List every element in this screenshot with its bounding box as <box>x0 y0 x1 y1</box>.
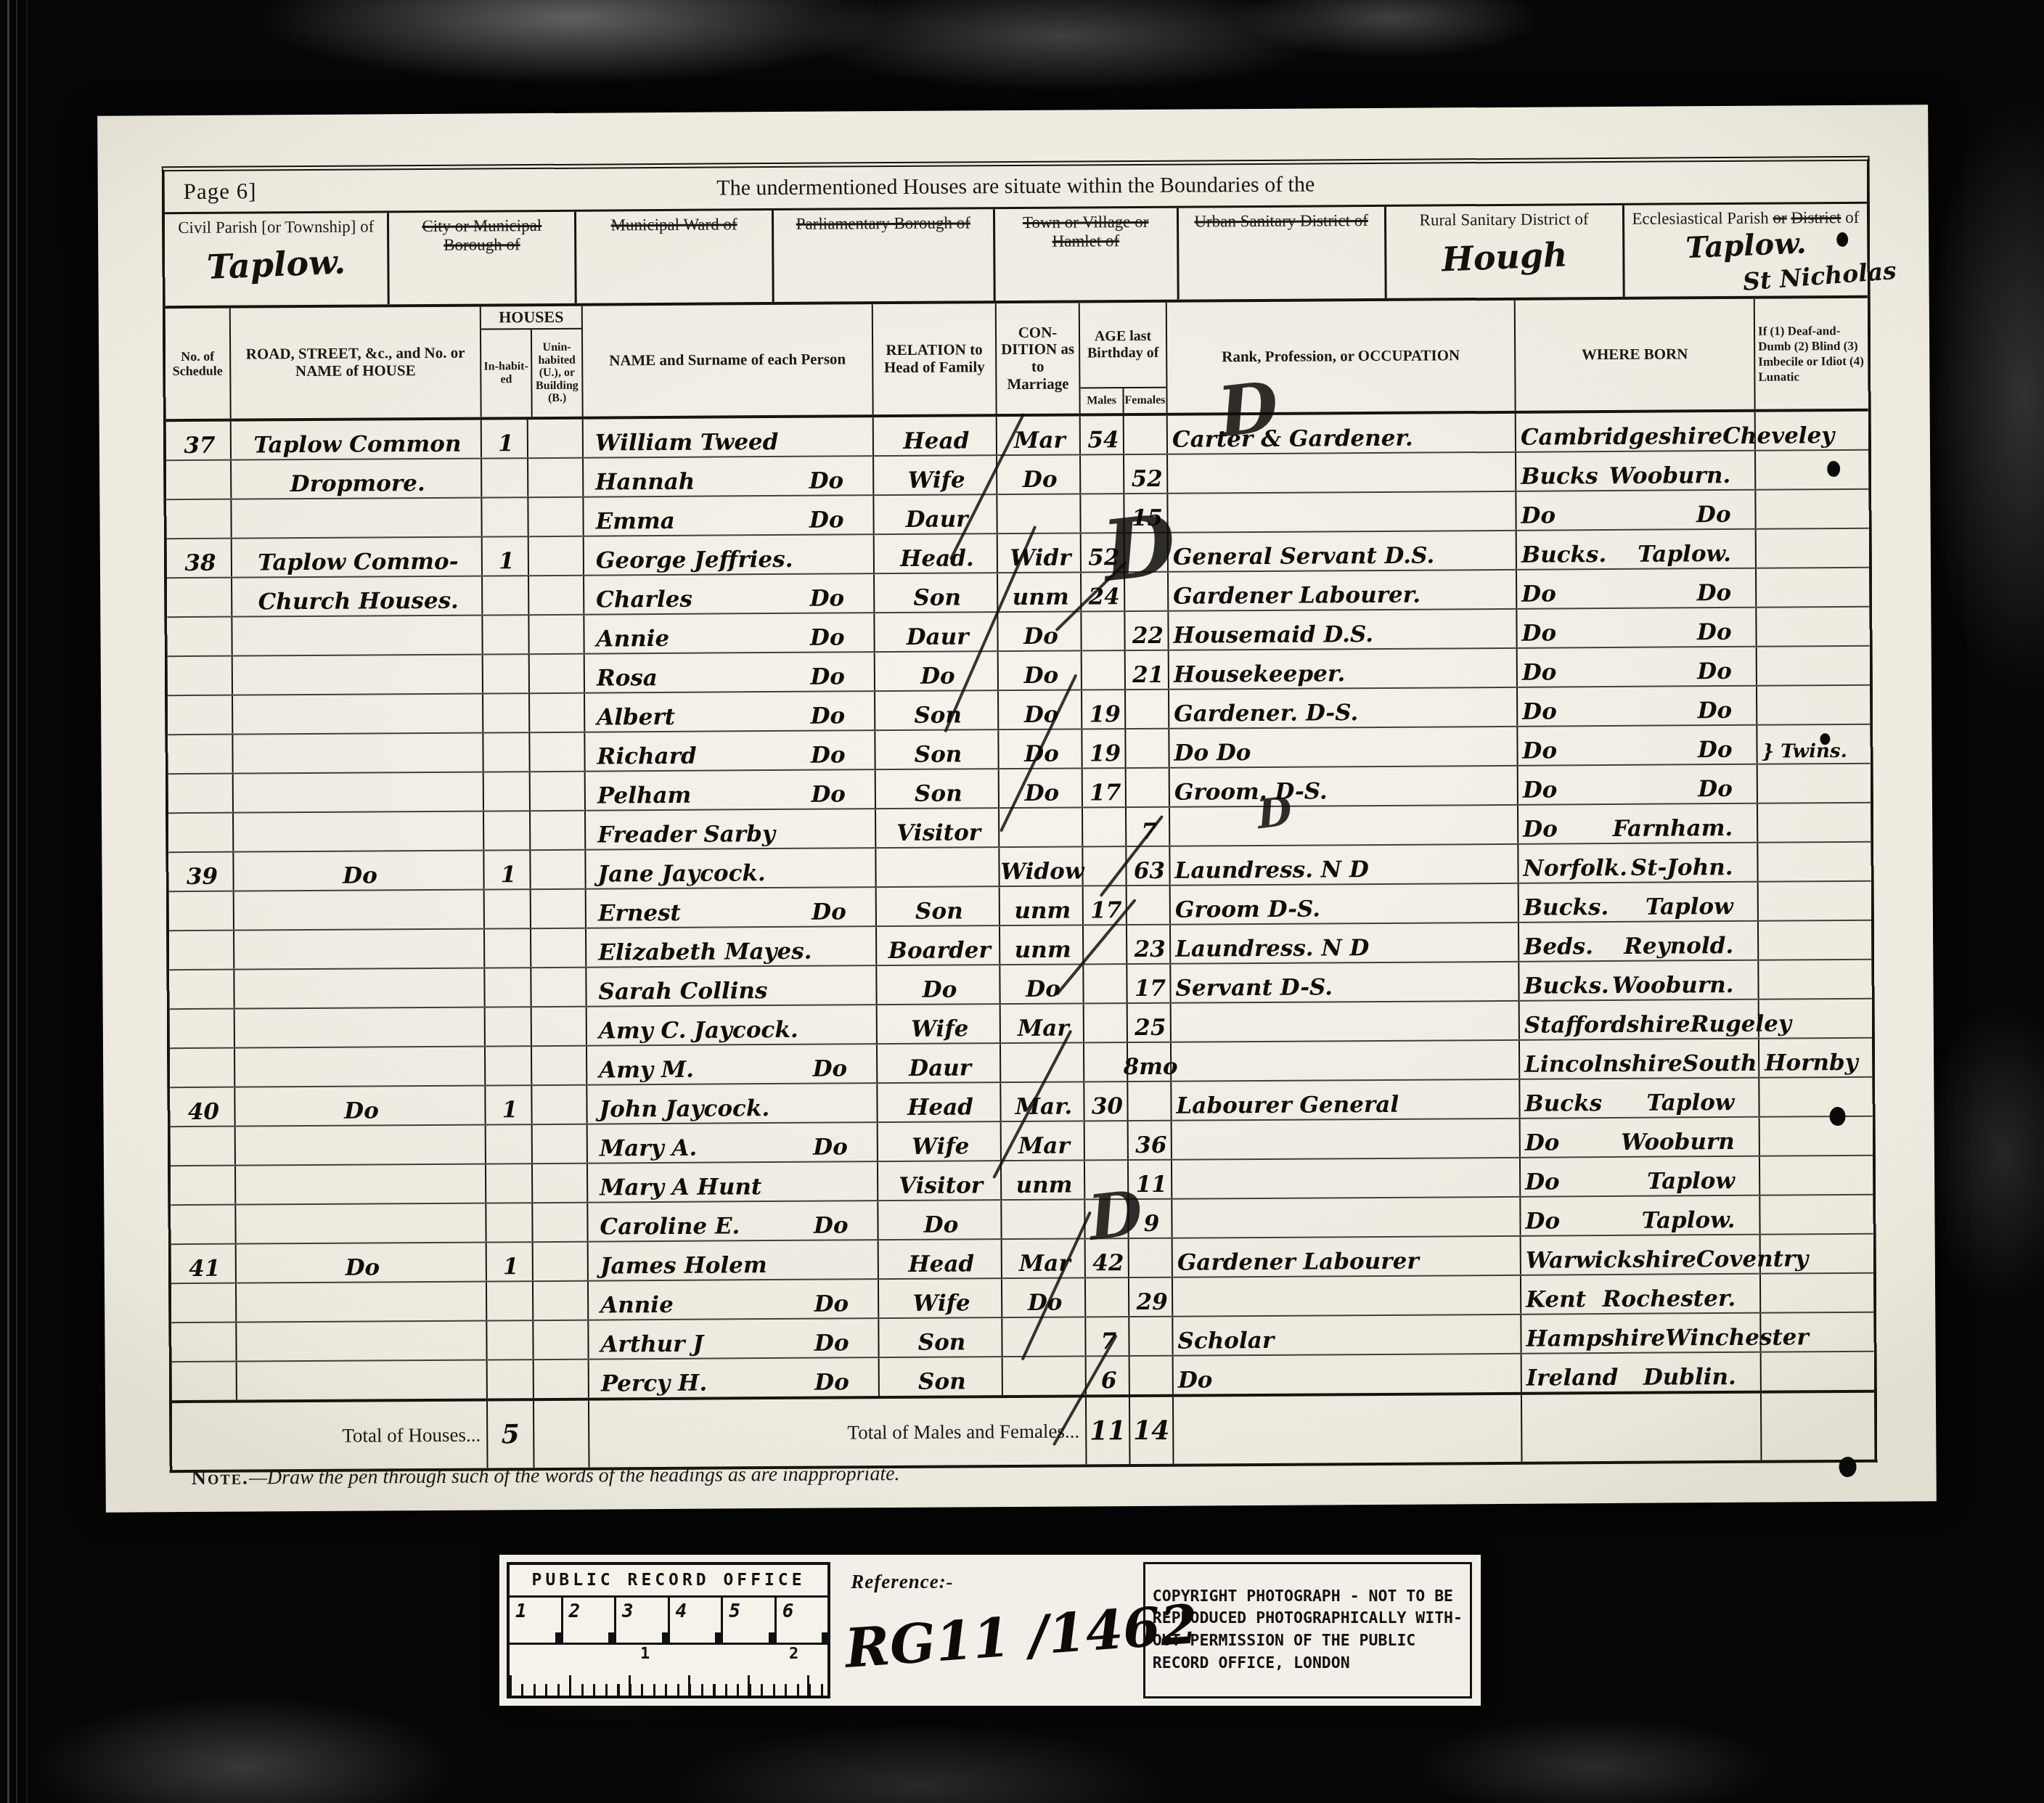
cell-infirmity <box>1759 882 1871 920</box>
cell-relation: Son <box>875 573 998 612</box>
cell-relation: Head. <box>875 534 998 573</box>
cell-age-female <box>1125 533 1169 571</box>
cell-age-female: 15 <box>1124 494 1168 532</box>
cell-road <box>234 968 485 1007</box>
cell-condition <box>999 808 1083 846</box>
cell-schedule <box>170 1049 235 1087</box>
ruler-cm-cell: 2 <box>563 1598 617 1643</box>
cell-uninhabited <box>534 1360 589 1398</box>
cell-uninhabited <box>531 890 586 928</box>
col-houses: HOUSES <box>481 306 581 330</box>
total-mf-label-cell: Total of Males and Females... <box>589 1397 1087 1467</box>
cell-relation: Son <box>876 769 999 808</box>
cell-inhabited <box>486 1125 533 1163</box>
cell-condition: Mar <box>997 416 1081 454</box>
cell-infirmity <box>1759 921 1871 960</box>
cell-condition: unm <box>1002 1161 1085 1199</box>
cell-road <box>234 890 485 929</box>
cell-schedule <box>166 461 232 499</box>
col-name: NAME and Surname of each Person <box>583 304 874 416</box>
ruler-cm-scale: 123456 <box>510 1598 827 1645</box>
cell-road: Do <box>237 1243 487 1282</box>
cell-where-born: CambridgeshireCheveley <box>1516 412 1756 451</box>
cell-uninhabited <box>532 1007 587 1045</box>
punch-hole <box>1836 232 1848 247</box>
cell-occupation: General Servant D.S. <box>1169 531 1517 571</box>
col-schedule: No. of Schedule <box>165 308 232 420</box>
civil-parish-value: Taplow. <box>164 241 388 288</box>
cell-relation: Daur <box>878 1044 1001 1082</box>
cell-relation: Son <box>879 1318 1002 1357</box>
col-occupation: Rank, Profession, or OCCUPATION <box>1167 300 1516 413</box>
cell-name: Jane Jaycock. <box>586 849 876 888</box>
cell-relation: Son <box>875 691 999 729</box>
totals-empty-cell <box>1762 1393 1875 1460</box>
cell-infirmity <box>1758 843 1871 881</box>
cell-age-female <box>1129 1317 1173 1355</box>
cell-age-male <box>1084 925 1127 963</box>
cell-relation: Head <box>879 1240 1002 1278</box>
district-municipal-borough: City or Municipal Borough of <box>389 212 577 305</box>
cell-schedule: 38 <box>167 539 232 578</box>
cell-age-female: 29 <box>1129 1278 1173 1316</box>
cell-schedule <box>171 1206 236 1244</box>
cell-age-male <box>1082 612 1125 650</box>
cell-schedule <box>171 1284 237 1322</box>
cell-schedule <box>169 970 234 1009</box>
cell-uninhabited <box>532 1086 587 1124</box>
cell-infirmity: } Twins. <box>1757 725 1870 764</box>
cell-where-born: Bucks.Wooburn. <box>1519 961 1759 1000</box>
cell-infirmity <box>1757 647 1870 685</box>
cell-infirmity <box>1757 686 1870 724</box>
cell-inhabited: 1 <box>482 420 528 457</box>
cell-condition: Widr <box>998 533 1082 572</box>
cell-age-male <box>1084 1004 1128 1042</box>
cell-age-female: 17 <box>1127 965 1171 1002</box>
cell-age-female <box>1126 729 1169 767</box>
cell-inhabited <box>486 1047 532 1084</box>
total-houses-value-cell: 5 <box>488 1401 535 1468</box>
cell-schedule <box>168 735 233 774</box>
cell-where-born: Bucks.Taplow <box>1519 883 1759 922</box>
cell-uninhabited <box>534 1321 589 1359</box>
inch-label-1: 1 <box>640 1645 650 1663</box>
col-where-born: WHERE BORN <box>1516 299 1756 411</box>
cell-name: RosaDo <box>585 653 875 692</box>
cell-uninhabited <box>533 1203 588 1241</box>
form-note: Note.—Draw the pen through such of the w… <box>192 1463 900 1490</box>
cell-age-female <box>1126 690 1169 728</box>
district-parliamentary-borough: Parliamentary Borough of <box>774 209 995 302</box>
pro-office-name: PUBLIC RECORD OFFICE <box>510 1565 827 1598</box>
cell-uninhabited <box>531 929 586 967</box>
cell-relation: Do <box>878 1201 1002 1239</box>
cell-relation: Wife <box>878 1122 1002 1161</box>
cell-road <box>237 1282 487 1321</box>
total-females-cell: 14 <box>1130 1397 1174 1464</box>
cell-inhabited <box>483 655 530 692</box>
cell-inhabited <box>487 1282 534 1320</box>
cell-age-female <box>1125 573 1169 610</box>
col-infirmity: If (1) Deaf-and-Dumb (2) Blind (3) Imbec… <box>1755 298 1868 409</box>
public-record-office-stamp: PUBLIC RECORD OFFICE 123456 1 2 Referenc… <box>499 1555 1481 1706</box>
cell-age-female <box>1128 1082 1172 1120</box>
cell-road <box>234 772 484 811</box>
cell-relation: Wife <box>879 1279 1002 1317</box>
cell-schedule <box>167 618 232 656</box>
punch-hole <box>1839 1457 1856 1477</box>
cell-infirmity <box>1758 804 1871 842</box>
cell-road: Do <box>235 1086 486 1125</box>
cell-occupation: Laundress. N D <box>1171 923 1519 963</box>
cell-occupation <box>1170 806 1518 846</box>
cell-inhabited <box>482 459 528 496</box>
col-uninhabited: Unin-habited (U.), or Building (B.) <box>532 330 582 417</box>
cell-age-male: 17 <box>1083 769 1127 806</box>
table-header-row: No. of Schedule ROAD, STREET, &c., and N… <box>165 298 1868 422</box>
cell-age-male: 54 <box>1081 416 1124 454</box>
cell-infirmity <box>1757 608 1869 646</box>
cell-condition <box>1003 1357 1087 1395</box>
cell-age-male: 42 <box>1086 1239 1129 1277</box>
district-urban-sanitary: Urban Sanitary District of <box>1179 207 1387 300</box>
cell-schedule <box>171 1127 236 1166</box>
cell-occupation: Scholar <box>1173 1315 1521 1355</box>
ruler-cm-cell: 4 <box>670 1598 724 1643</box>
cell-occupation: Laundress. N D <box>1170 845 1518 885</box>
cell-road <box>236 1203 486 1243</box>
cell-relation: Head <box>874 417 997 455</box>
cell-where-born: DoDo <box>1518 647 1757 687</box>
cell-occupation <box>1172 1158 1521 1198</box>
cell-where-born: DoDo <box>1518 687 1757 726</box>
col-condition: CON-DITION as to Marriage <box>997 303 1081 414</box>
cell-schedule <box>168 696 233 735</box>
cell-occupation: Servant D-S. <box>1171 962 1519 1002</box>
cell-inhabited <box>485 929 531 967</box>
cell-occupation <box>1172 1041 1520 1081</box>
cell-relation <box>876 848 999 886</box>
cell-name: George Jeffries. <box>584 535 875 574</box>
cell-occupation: Carter & Gardener. <box>1168 414 1516 454</box>
cell-occupation: Gardener Labourer. <box>1169 571 1517 610</box>
cell-road: Dropmore. <box>232 459 482 498</box>
cell-age-male: 19 <box>1082 729 1126 767</box>
cell-age-female <box>1127 769 1170 806</box>
pro-ruler: PUBLIC RECORD OFFICE 123456 1 2 <box>507 1562 830 1698</box>
cell-uninhabited <box>531 772 586 810</box>
cell-age-male: 52 <box>1082 533 1125 571</box>
cell-infirmity <box>1760 1156 1873 1195</box>
cell-where-born: Norfolk.St-John. <box>1518 843 1758 883</box>
cell-where-born: DoDo <box>1518 765 1758 804</box>
cell-age-male <box>1084 1043 1128 1081</box>
total-males-cell: 11 <box>1087 1397 1131 1464</box>
cell-uninhabited <box>528 498 584 536</box>
cell-name: CharlesDo <box>584 574 875 613</box>
cell-infirmity <box>1756 412 1868 450</box>
cell-uninhabited <box>531 968 586 1006</box>
cell-condition <box>997 494 1081 533</box>
cell-infirmity <box>1761 1313 1873 1352</box>
cell-schedule: 39 <box>168 853 234 891</box>
cell-road <box>235 1047 486 1086</box>
cell-name: AlbertDo <box>585 692 875 731</box>
col-inhabited: In-habit-ed <box>481 330 533 417</box>
cell-condition: Do <box>1000 965 1084 1003</box>
cell-occupation: Do Do <box>1169 727 1518 767</box>
col-houses-group: HOUSES In-habit-ed Unin-habited (U.), or… <box>481 306 584 417</box>
cell-relation: Boarder <box>877 926 1000 965</box>
cell-road <box>233 655 483 694</box>
cell-condition <box>1001 1043 1084 1082</box>
cell-occupation: Labourer General <box>1172 1080 1520 1120</box>
cell-name: Elizabeth Mayes. <box>586 927 877 966</box>
cell-occupation <box>1173 1276 1521 1316</box>
district-town-village: Town or Village or Hamlet of <box>995 208 1180 301</box>
cell-where-born: LincolnshireSouth Hornby <box>1520 1039 1759 1079</box>
census-page-photo: Page 6] The undermentioned Houses are si… <box>97 105 1937 1512</box>
cell-relation: Head <box>878 1083 1001 1121</box>
punch-hole <box>1820 733 1830 745</box>
col-age: AGE last Birthday of <box>1080 303 1166 388</box>
inch-label-2: 2 <box>789 1645 798 1663</box>
cell-age-male <box>1085 1121 1129 1159</box>
cell-schedule <box>167 578 232 617</box>
cell-where-born: DoTaplow. <box>1521 1196 1760 1235</box>
cell-uninhabited <box>531 851 586 888</box>
cell-condition: Widow <box>999 847 1083 886</box>
cell-inhabited: 1 <box>487 1243 534 1280</box>
cell-condition: Do <box>999 690 1082 729</box>
cell-age-male <box>1085 1161 1129 1198</box>
cell-condition: unm <box>1000 925 1084 964</box>
cell-uninhabited <box>530 694 585 732</box>
cell-schedule <box>168 814 234 852</box>
cell-where-born: StaffordshireRugeley <box>1520 1000 1759 1039</box>
cell-age-male: 30 <box>1084 1082 1128 1120</box>
cell-name: James Holem <box>589 1240 879 1280</box>
cell-name: Arthur JDo <box>589 1319 879 1358</box>
cell-relation: Do <box>877 965 1000 1004</box>
cell-schedule: 41 <box>171 1245 237 1283</box>
cell-name: Amy M.Do <box>587 1044 878 1084</box>
cell-name: Caroline E.Do <box>588 1201 878 1240</box>
cell-inhabited <box>488 1360 534 1398</box>
cell-where-born: DoWooburn <box>1521 1118 1760 1157</box>
cell-relation: Daur <box>875 613 998 651</box>
cell-where-born: DoDo <box>1517 569 1757 608</box>
cell-occupation: Gardener. D-S. <box>1169 688 1518 728</box>
cell-age-male <box>1084 965 1127 1002</box>
cell-infirmity <box>1761 1274 1873 1312</box>
cell-infirmity <box>1761 1235 1873 1273</box>
cell-inhabited <box>483 733 530 771</box>
cell-inhabited <box>486 1203 533 1241</box>
cell-where-born: KentRochester. <box>1521 1275 1761 1314</box>
cell-occupation <box>1172 1119 1521 1159</box>
cell-schedule <box>170 1010 235 1048</box>
punch-hole <box>1830 1107 1846 1126</box>
cell-name: HannahDo <box>584 457 874 496</box>
cell-age-male <box>1086 1278 1129 1316</box>
cell-schedule <box>169 931 234 970</box>
cell-where-born: DoDo <box>1517 608 1757 647</box>
cell-age-male <box>1085 1200 1129 1238</box>
cell-infirmity <box>1758 764 1871 803</box>
cell-inhabited <box>484 811 531 849</box>
cell-road <box>237 1321 487 1360</box>
ruler-inch-scale: 1 2 <box>510 1645 827 1696</box>
cell-inhabited <box>484 772 531 810</box>
reference-label: Reference:- <box>851 1571 953 1593</box>
cell-road: Taplow Commo- <box>232 537 483 576</box>
form-title: The undermentioned Houses are situate wi… <box>165 169 1867 204</box>
cell-inhabited: 1 <box>484 851 531 888</box>
cell-relation: Visitor <box>876 809 999 847</box>
cell-road <box>235 1007 486 1047</box>
cell-road <box>232 498 482 537</box>
cell-relation: Wife <box>878 1005 1001 1043</box>
cell-occupation <box>1172 1198 1521 1238</box>
cell-condition: Mar. <box>1001 1082 1084 1121</box>
cell-name: AnnieDo <box>584 613 875 653</box>
cell-uninhabited <box>530 655 585 692</box>
cell-name: Freader Sarby <box>586 809 876 849</box>
cell-inhabited <box>483 576 529 614</box>
cell-relation: Son <box>875 730 999 769</box>
cell-name: RichardDo <box>585 731 875 770</box>
district-municipal-ward: Municipal Ward of <box>576 210 774 303</box>
totals-empty-cell <box>534 1401 590 1468</box>
cell-where-born: DoDo <box>1518 726 1757 765</box>
cell-where-born: IrelandDublin. <box>1522 1353 1762 1392</box>
cell-uninhabited <box>528 459 584 496</box>
cell-age-female: 8mo <box>1128 1043 1172 1081</box>
cell-relation: Son <box>880 1357 1003 1396</box>
cell-name: ErnestDo <box>586 888 877 927</box>
census-form: Page 6] The undermentioned Houses are si… <box>162 156 1878 1473</box>
cell-uninhabited <box>529 537 584 575</box>
cell-infirmity <box>1759 1039 1872 1077</box>
ruler-cm-cell: 5 <box>723 1598 777 1643</box>
cell-inhabited <box>486 1007 532 1045</box>
film-scratch <box>26 0 28 1803</box>
cell-infirmity <box>1757 568 1869 607</box>
cell-schedule <box>169 892 234 931</box>
cell-schedule <box>172 1362 237 1401</box>
cell-condition <box>1002 1200 1085 1238</box>
cell-road <box>237 1360 488 1399</box>
cell-where-born: BucksWooburn. <box>1516 451 1756 491</box>
cell-name: PelhamDo <box>586 770 876 809</box>
cell-condition: Mar <box>1001 1004 1084 1042</box>
cell-schedule <box>168 774 234 813</box>
cell-condition <box>1002 1317 1086 1356</box>
cell-uninhabited <box>529 616 584 653</box>
cell-age-female: 25 <box>1128 1004 1172 1042</box>
cell-inhabited <box>483 694 530 732</box>
cell-inhabited: 1 <box>483 537 529 575</box>
cell-occupation <box>1172 1002 1520 1042</box>
cell-occupation <box>1168 492 1516 532</box>
total-houses-label-cell: Total of Houses... <box>172 1401 488 1470</box>
cell-age-female <box>1124 416 1168 454</box>
ruler-cm-cell: 3 <box>616 1598 670 1643</box>
cell-name: Amy C. Jaycock. <box>587 1005 878 1044</box>
cell-where-born: DoDo <box>1516 491 1756 530</box>
cell-inhabited <box>483 616 529 653</box>
cell-age-male: 19 <box>1082 690 1126 728</box>
cell-infirmity <box>1760 1117 1873 1156</box>
cell-relation: Son <box>877 887 1000 925</box>
cell-where-born: WarwickshireCoventry <box>1521 1235 1761 1275</box>
cell-occupation: Groom D-S. <box>1171 884 1519 924</box>
cell-uninhabited <box>533 1125 588 1163</box>
cell-age-female: 23 <box>1127 925 1171 963</box>
col-relation: RELATION to Head of Family <box>873 303 997 414</box>
cell-age-female <box>1127 886 1171 924</box>
film-scratch <box>7 0 9 1803</box>
cell-occupation: Do <box>1174 1354 1522 1394</box>
col-road: ROAD, STREET, &c., and No. or NAME of HO… <box>231 306 482 418</box>
cell-infirmity <box>1756 451 1868 489</box>
totals-row: Total of Houses... 5 Total of Males and … <box>172 1390 1875 1470</box>
cell-age-male <box>1081 455 1124 493</box>
district-rural-sanitary: Rural Sanitary District of Hough <box>1386 205 1625 298</box>
cell-age-male <box>1082 651 1126 689</box>
cell-name: William Tweed <box>584 417 874 457</box>
cell-relation: Do <box>875 652 999 690</box>
cell-condition: unm <box>1000 886 1084 925</box>
cell-uninhabited <box>530 733 585 771</box>
punch-hole <box>1827 461 1840 477</box>
col-males: Males <box>1080 388 1124 413</box>
cell-where-born: BucksTaplow <box>1520 1079 1759 1118</box>
cell-age-female: 52 <box>1124 455 1168 493</box>
cell-schedule <box>168 657 233 695</box>
cell-where-born: DoTaplow <box>1521 1157 1760 1196</box>
cell-name: John Jaycock. <box>587 1084 878 1123</box>
cell-name: EmmaDo <box>584 496 874 535</box>
cell-schedule <box>171 1166 236 1205</box>
cell-road <box>234 929 485 968</box>
cell-age-female: 21 <box>1126 651 1169 689</box>
cell-road: Do <box>234 851 484 890</box>
cell-name: Percy H.Do <box>589 1358 880 1397</box>
cell-occupation: Housemaid D.S. <box>1169 610 1517 650</box>
cell-occupation <box>1168 453 1516 493</box>
cell-road: Taplow Common <box>232 420 482 459</box>
cell-inhabited <box>486 1164 533 1202</box>
rural-sanitary-value: Hough <box>1386 233 1623 281</box>
cell-age-female: 11 <box>1129 1161 1172 1198</box>
cell-inhabited: 1 <box>486 1086 532 1124</box>
cell-relation: Wife <box>874 456 997 494</box>
totals-empty-cell <box>1174 1395 1523 1464</box>
cell-uninhabited <box>534 1243 589 1280</box>
cell-occupation: Groom. D-S. <box>1170 766 1518 806</box>
cell-road <box>236 1164 486 1203</box>
cell-age-female: 36 <box>1129 1121 1172 1159</box>
district-civil-parish: Civil Parish [or Township] of Taplow. <box>165 213 390 306</box>
cell-uninhabited <box>529 576 584 614</box>
cell-where-born: Bucks.Taplow. <box>1517 530 1757 569</box>
cell-where-born: DoFarnham. <box>1518 804 1758 843</box>
cell-infirmity <box>1759 960 1871 999</box>
cell-infirmity <box>1757 529 1869 568</box>
